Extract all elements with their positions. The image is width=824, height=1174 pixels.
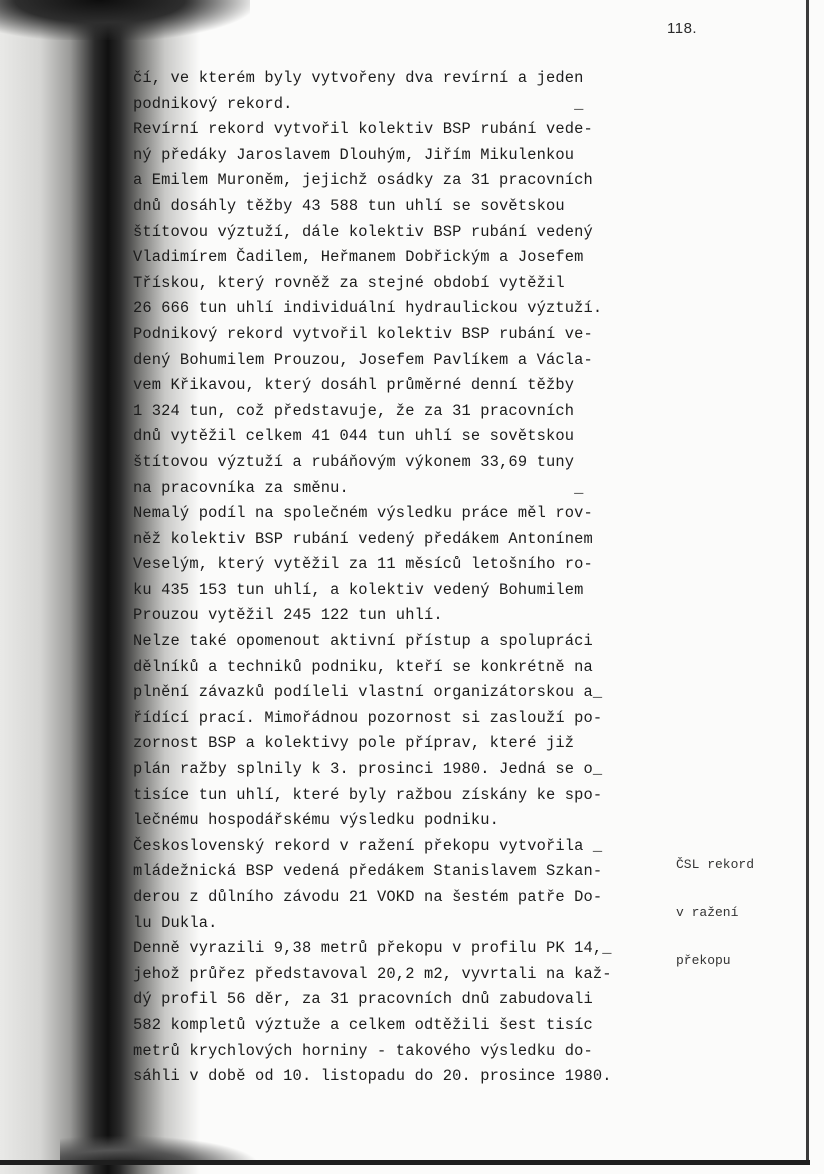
text-line: vem Křikavou, který dosáhl průměrné denn…: [133, 373, 673, 399]
text-line: Prouzou vytěžil 245 122 tun uhlí.: [133, 603, 673, 629]
body-text: čí, ve kterém byly vytvořeny dva revírní…: [133, 66, 673, 1090]
text-line: mládežnická BSP vedená předákem Stanisla…: [133, 859, 673, 885]
text-line: dnů dosáhly těžby 43 588 tun uhlí se sov…: [133, 194, 673, 220]
text-line: čí, ve kterém byly vytvořeny dva revírní…: [133, 66, 673, 92]
text-line: Veselým, který vytěžil za 11 měsíců leto…: [133, 552, 673, 578]
text-line: 26 666 tun uhlí individuální hydraulicko…: [133, 296, 673, 322]
text-line: dnů vytěžil celkem 41 044 tun uhlí se so…: [133, 424, 673, 450]
page-bottom-edge: [0, 1160, 810, 1165]
text-line: lečnému hospodářskému výsledku podniku.: [133, 808, 673, 834]
text-line: derou z důlního závodu 21 VOKD na šestém…: [133, 885, 673, 911]
scanned-page: 118. čí, ve kterém byly vytvořeny dva re…: [0, 0, 824, 1174]
gutter-top-shadow: [0, 0, 250, 40]
text-line: štítovou výztuží, dále kolektiv BSP rubá…: [133, 220, 673, 246]
text-line: štítovou výztuží a rubáňovým výkonem 33,…: [133, 450, 673, 476]
margin-note-line: v ražení: [676, 905, 754, 921]
text-line: tisíce tun uhlí, které byly ražbou získá…: [133, 783, 673, 809]
text-line: Revírní rekord vytvořil kolektiv BSP rub…: [133, 117, 673, 143]
text-line: plán ražby splnily k 3. prosinci 1980. J…: [133, 757, 673, 783]
text-line: řídící prací. Mimořádnou pozornost si za…: [133, 706, 673, 732]
text-line: ný předáky Jaroslavem Dlouhým, Jiřím Mik…: [133, 143, 673, 169]
text-line: dělníků a techniků podniku, kteří se kon…: [133, 655, 673, 681]
text-line: jehož průřez představoval 20,2 m2, vyvrt…: [133, 962, 673, 988]
text-line: Podnikový rekord vytvořil kolektiv BSP r…: [133, 322, 673, 348]
text-line: Československý rekord v ražení překopu v…: [133, 834, 673, 860]
text-line: a Emilem Muroněm, jejichž osádky za 31 p…: [133, 168, 673, 194]
text-line: zornost BSP a kolektivy pole příprav, kt…: [133, 731, 673, 757]
text-line: Nelze také opomenout aktivní přístup a s…: [133, 629, 673, 655]
text-line: 1 324 tun, což představuje, že za 31 pra…: [133, 399, 673, 425]
text-line: Vladimírem Čadilem, Heřmanem Dobřickým a…: [133, 245, 673, 271]
margin-note-line: překopu: [676, 953, 754, 969]
text-line: lu Dukla.: [133, 911, 673, 937]
page-right-edge: [806, 0, 809, 1165]
margin-note-line: ČSL rekord: [676, 857, 754, 873]
text-line: Denně vyrazili 9,38 metrů překopu v prof…: [133, 936, 673, 962]
text-line: něž kolektiv BSP rubání vedený předákem …: [133, 527, 673, 553]
text-line: 582 kompletů výztuže a celkem odtěžili š…: [133, 1013, 673, 1039]
text-line: podnikový rekord. _: [133, 92, 673, 118]
text-line: Třískou, který rovněž za stejné období v…: [133, 271, 673, 297]
text-line: na pracovníka za směnu. _: [133, 476, 673, 502]
margin-note: ČSL rekord v ražení překopu: [676, 825, 754, 1001]
text-line: dený Bohumilem Prouzou, Josefem Pavlíkem…: [133, 348, 673, 374]
text-line: plnění závazků podíleli vlastní organizá…: [133, 680, 673, 706]
text-line: sáhli v době od 10. listopadu do 20. pro…: [133, 1064, 673, 1090]
text-line: Nemalý podíl na společném výsledku práce…: [133, 501, 673, 527]
text-line: ku 435 153 tun uhlí, a kolektiv vedený B…: [133, 578, 673, 604]
text-line: dý profil 56 děr, za 31 pracovních dnů z…: [133, 987, 673, 1013]
text-line: metrů krychlových horniny - takového výs…: [133, 1039, 673, 1065]
page-number: 118.: [667, 20, 697, 37]
